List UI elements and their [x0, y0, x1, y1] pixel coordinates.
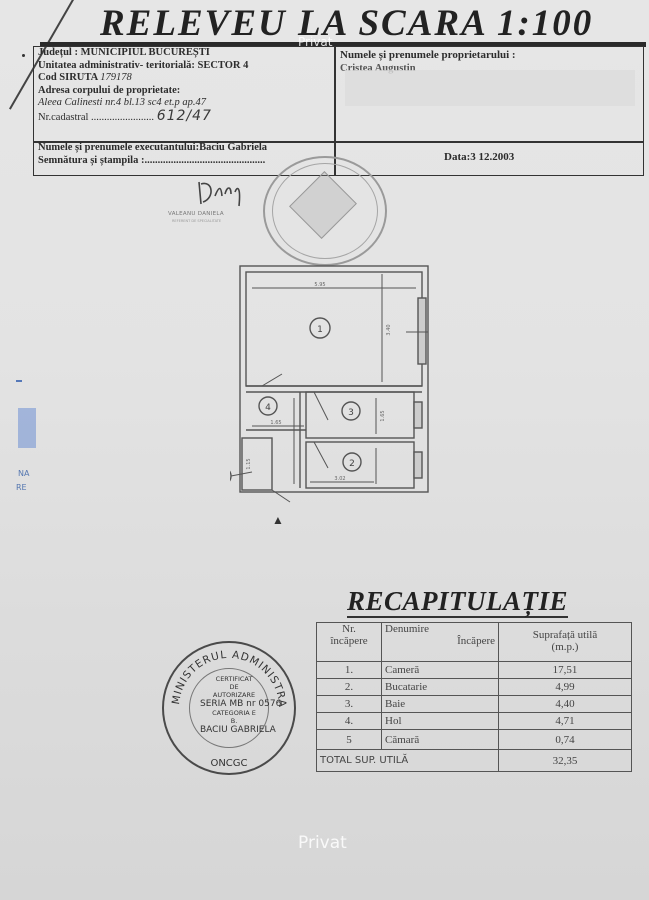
svg-text:1.65: 1.65 [270, 420, 281, 426]
svg-text:NA: NA [18, 469, 30, 478]
signature-scribble [195, 176, 245, 208]
judet-field: Județul : MUNICIPIUL BUCUREȘTI [38, 47, 334, 60]
table-row: 2. Bucatarie 4,99 [317, 679, 632, 696]
document-title: RELEVEU LA SCARA 1:100 [100, 2, 593, 45]
stamp-center-text: CERTIFICAT DE AUTORIZARE SERIA MB nr 057… [200, 675, 268, 736]
nr-cadastral-value: 612/47 [157, 108, 212, 124]
property-info: Județul : MUNICIPIUL BUCUREȘTI Unitatea … [38, 47, 334, 124]
watermark-bottom: Privat [298, 833, 347, 853]
svg-text:3.40: 3.40 [386, 324, 392, 335]
unitate-field: Unitatea administrativ- teritorială: SEC… [38, 60, 334, 73]
room-2-label: 2 [349, 459, 355, 469]
blue-notary-stamp: NA RE [14, 378, 54, 498]
table-row: 1. Cameră 17,51 [317, 662, 632, 679]
room-3-label: 3 [348, 408, 354, 418]
table-row: 5 Cămară 0,74 [317, 730, 632, 750]
table-row: 3. Baie 4,40 [317, 696, 632, 713]
redacted-area [345, 70, 635, 106]
executant-info: Numele și prenumele executantului:Baciu … [38, 142, 334, 167]
col-nr-header: Nr. încăpere [317, 623, 382, 662]
svg-text:ONCGC: ONCGC [210, 758, 247, 769]
total-label: TOTAL SUP. UTILĂ [317, 750, 499, 772]
svg-text:RE: RE [16, 483, 27, 492]
cod-siruta-field: Cod SIRUTA 179178 [38, 72, 334, 85]
adresa-label: Adresa corpului de proprietate: [38, 85, 334, 98]
recap-table: Nr. încăpere Denumire Încăpere Suprafață… [316, 622, 632, 772]
signature-subtitle: REFERENT DE SPECIALITATE [172, 219, 221, 223]
room-1-label: 1 [317, 325, 323, 335]
svg-text:1.15: 1.15 [246, 458, 252, 469]
executant-field: Numele și prenumele executantului:Baciu … [38, 142, 334, 155]
signature-name: VALEANU DANIELA [168, 211, 224, 217]
floor-plan: 1 2 3 4 5 5.95 3.40 3.02 1.65 1.65 1.15 … [230, 258, 460, 528]
col-denumire-header: Denumire Încăpere [382, 623, 499, 662]
nr-cadastral-field: Nr.cadastral ........................ 61… [38, 110, 334, 125]
recap-header-row: Nr. încăpere Denumire Încăpere Suprafață… [317, 623, 632, 662]
cod-siruta-value: 179178 [100, 72, 132, 83]
date-field: Data:3 12.2003 [444, 151, 514, 163]
proprietar-label: Numele și prenumele proprietarului : [340, 49, 516, 62]
total-row: TOTAL SUP. UTILĂ 32,35 [317, 750, 632, 772]
table-row: 4. Hol 4,71 [317, 713, 632, 730]
svg-text:1.65: 1.65 [380, 410, 386, 421]
entrance-arrow-icon: ▲ [272, 513, 284, 527]
recap-title: RECAPITULAȚIE [347, 586, 568, 618]
room-4-label: 4 [265, 403, 271, 413]
svg-text:3.02: 3.02 [334, 476, 345, 482]
total-value: 32,35 [499, 750, 632, 772]
svg-text:5.95: 5.95 [314, 282, 325, 288]
scan-dot [22, 54, 25, 57]
col-suprafata-header: Suprafață utilă (m.p.) [499, 623, 632, 662]
